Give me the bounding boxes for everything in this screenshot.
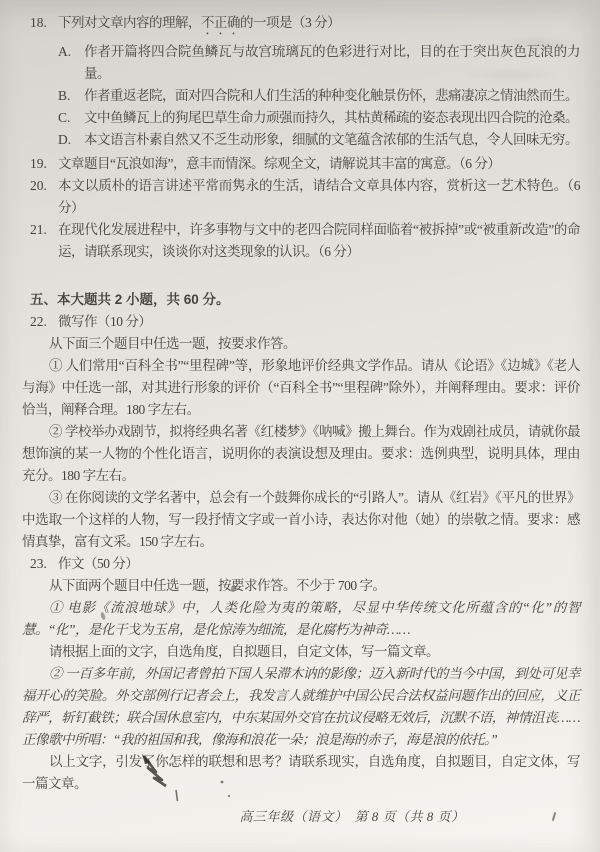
question-21: 21.在现代化发展进程中，许多事物与文中的老四合院同样面临着“被拆掉”或“被重新…: [22, 219, 580, 263]
question-23-prompt-2: ② 一百多年前，外国记者曾拍下国人呆滞木讷的影像；迈入新时代的当今中国，到处可见…: [22, 663, 580, 751]
question-22: 22.微写作（10 分）: [22, 311, 580, 333]
question-20-number: 20.: [30, 175, 47, 197]
option-a-label: A.: [58, 41, 71, 63]
exam-page-scan: 18.下列对文章内容的理解，不正确的一项是（3 分） A. 作者开篇将四合院鱼鳞…: [0, 0, 600, 852]
question-18-number: 18.: [30, 12, 47, 34]
question-19: 19.文章题目“瓦浪如海”，意丰而情深。综观全文，请解说其丰富的寓意。（6 分）: [22, 153, 580, 175]
option-d-label: D.: [58, 129, 71, 151]
question-18: 18.下列对文章内容的理解，不正确的一项是（3 分）: [22, 12, 580, 38]
question-21-number: 21.: [30, 219, 47, 241]
question-23-prompt-1: ① 电影《流浪地球》中，人类化险为夷的策略，尽显中华传统文化所蕴含的“化”的智慧…: [22, 597, 580, 641]
question-23: 23.作文（50 分）: [22, 553, 580, 575]
question-19-text: 文章题目“瓦浪如海”，意丰而情深。综观全文，请解说其丰富的寓意。（6 分）: [58, 156, 500, 171]
option-c: C. 文中鱼鳞瓦上的狗尾巴草生命力顽强而持久，其枯黄稀疏的姿态表现出四合院的沧桑…: [58, 107, 580, 129]
ink-scribble: [136, 750, 246, 808]
question-18-stem-pre: 下列对文章内容的理解，: [58, 15, 201, 30]
question-22-intro: 从下面三个题目中任选一题，按要求作答。: [22, 333, 580, 355]
option-a: A. 作者开篇将四合院鱼鳞瓦与故宫琉璃瓦的色彩进行对比，目的在于突出灰色瓦浪的力…: [58, 41, 580, 85]
option-b-label: B.: [58, 85, 70, 107]
question-19-number: 19.: [30, 153, 47, 175]
page-footer: 高三年级（语文） 第 8 页（共 8 页）: [104, 806, 600, 828]
question-23-prompt-1-task: 请根据上面的文字，自选角度，自拟题目，自定文体，写一篇文章。: [22, 641, 580, 663]
option-d: D. 本文语言朴素自然又不乏生动形象，细腻的文笔蕴含浓郁的生活气息，令人回味无穷…: [58, 129, 580, 151]
option-b-text: 作者重返老院，面对四合院和人们生活的种种变化触景伤怀，悲痛凄凉之情油然而生。: [84, 88, 578, 103]
option-d-text: 本文语言朴素自然又不乏生动形象，细腻的文笔蕴含浓郁的生活气息，令人回味无穷。: [84, 132, 578, 147]
question-18-stem-post: 的一项是（3 分）: [240, 15, 340, 30]
question-22-number: 22.: [30, 311, 47, 333]
question-23-title: 作文（50 分）: [58, 556, 138, 571]
question-22-item-2: ② 学校举办戏剧节，拟将经典名著《红楼梦》《呐喊》搬上舞台。作为戏剧社成员，请就…: [22, 421, 580, 487]
option-c-text: 文中鱼鳞瓦上的狗尾巴草生命力顽强而持久，其枯黄稀疏的姿态表现出四合院的沧桑。: [84, 110, 578, 125]
question-18-stem-emphasis: 不正确: [201, 15, 240, 30]
question-23-number: 23.: [30, 553, 47, 575]
option-b: B. 作者重返老院，面对四合院和人们生活的种种变化触景伤怀，悲痛凄凉之情油然而生…: [58, 85, 580, 107]
question-21-text: 在现代化发展进程中，许多事物与文中的老四合院同样面临着“被拆掉”或“被重新改造”…: [58, 222, 580, 259]
question-22-item-1: ① 人们常用“百科全书”“里程碑”等，形象地评价经典文学作品。请从《论语》《边城…: [22, 355, 580, 421]
question-18-options: A. 作者开篇将四合院鱼鳞瓦与故宫琉璃瓦的色彩进行对比，目的在于突出灰色瓦浪的力…: [58, 41, 580, 151]
question-23-prompt-2-task: 以上文字，引发了你怎样的联想和思考？请联系现实，自选角度，自拟题目，自定文体，写…: [22, 751, 580, 795]
option-a-text: 作者开篇将四合院鱼鳞瓦与故宫琉璃瓦的色彩进行对比，目的在于突出灰色瓦浪的力量。: [84, 44, 580, 81]
question-22-title: 微写作（10 分）: [58, 314, 151, 329]
question-22-item-3: ③ 在你阅读的文学名著中，总会有一个鼓舞你成长的“引路人”。请从《红岩》《平凡的…: [22, 487, 580, 553]
exam-content: 18.下列对文章内容的理解，不正确的一项是（3 分） A. 作者开篇将四合院鱼鳞…: [22, 12, 580, 795]
question-23-intro: 从下面两个题目中任选一题，按要求作答。不少于 700 字。: [22, 575, 580, 597]
section-spacer: [22, 263, 580, 289]
question-20-text: 本文以质朴的语言讲述平常而隽永的生活，请结合文章具体内容，赏析这一艺术特色。（6…: [58, 178, 580, 215]
question-20: 20.本文以质朴的语言讲述平常而隽永的生活，请结合文章具体内容，赏析这一艺术特色…: [22, 175, 580, 219]
option-c-label: C.: [58, 107, 70, 129]
section-5-heading: 五、本大题共 2 小题，共 60 分。: [30, 289, 580, 311]
